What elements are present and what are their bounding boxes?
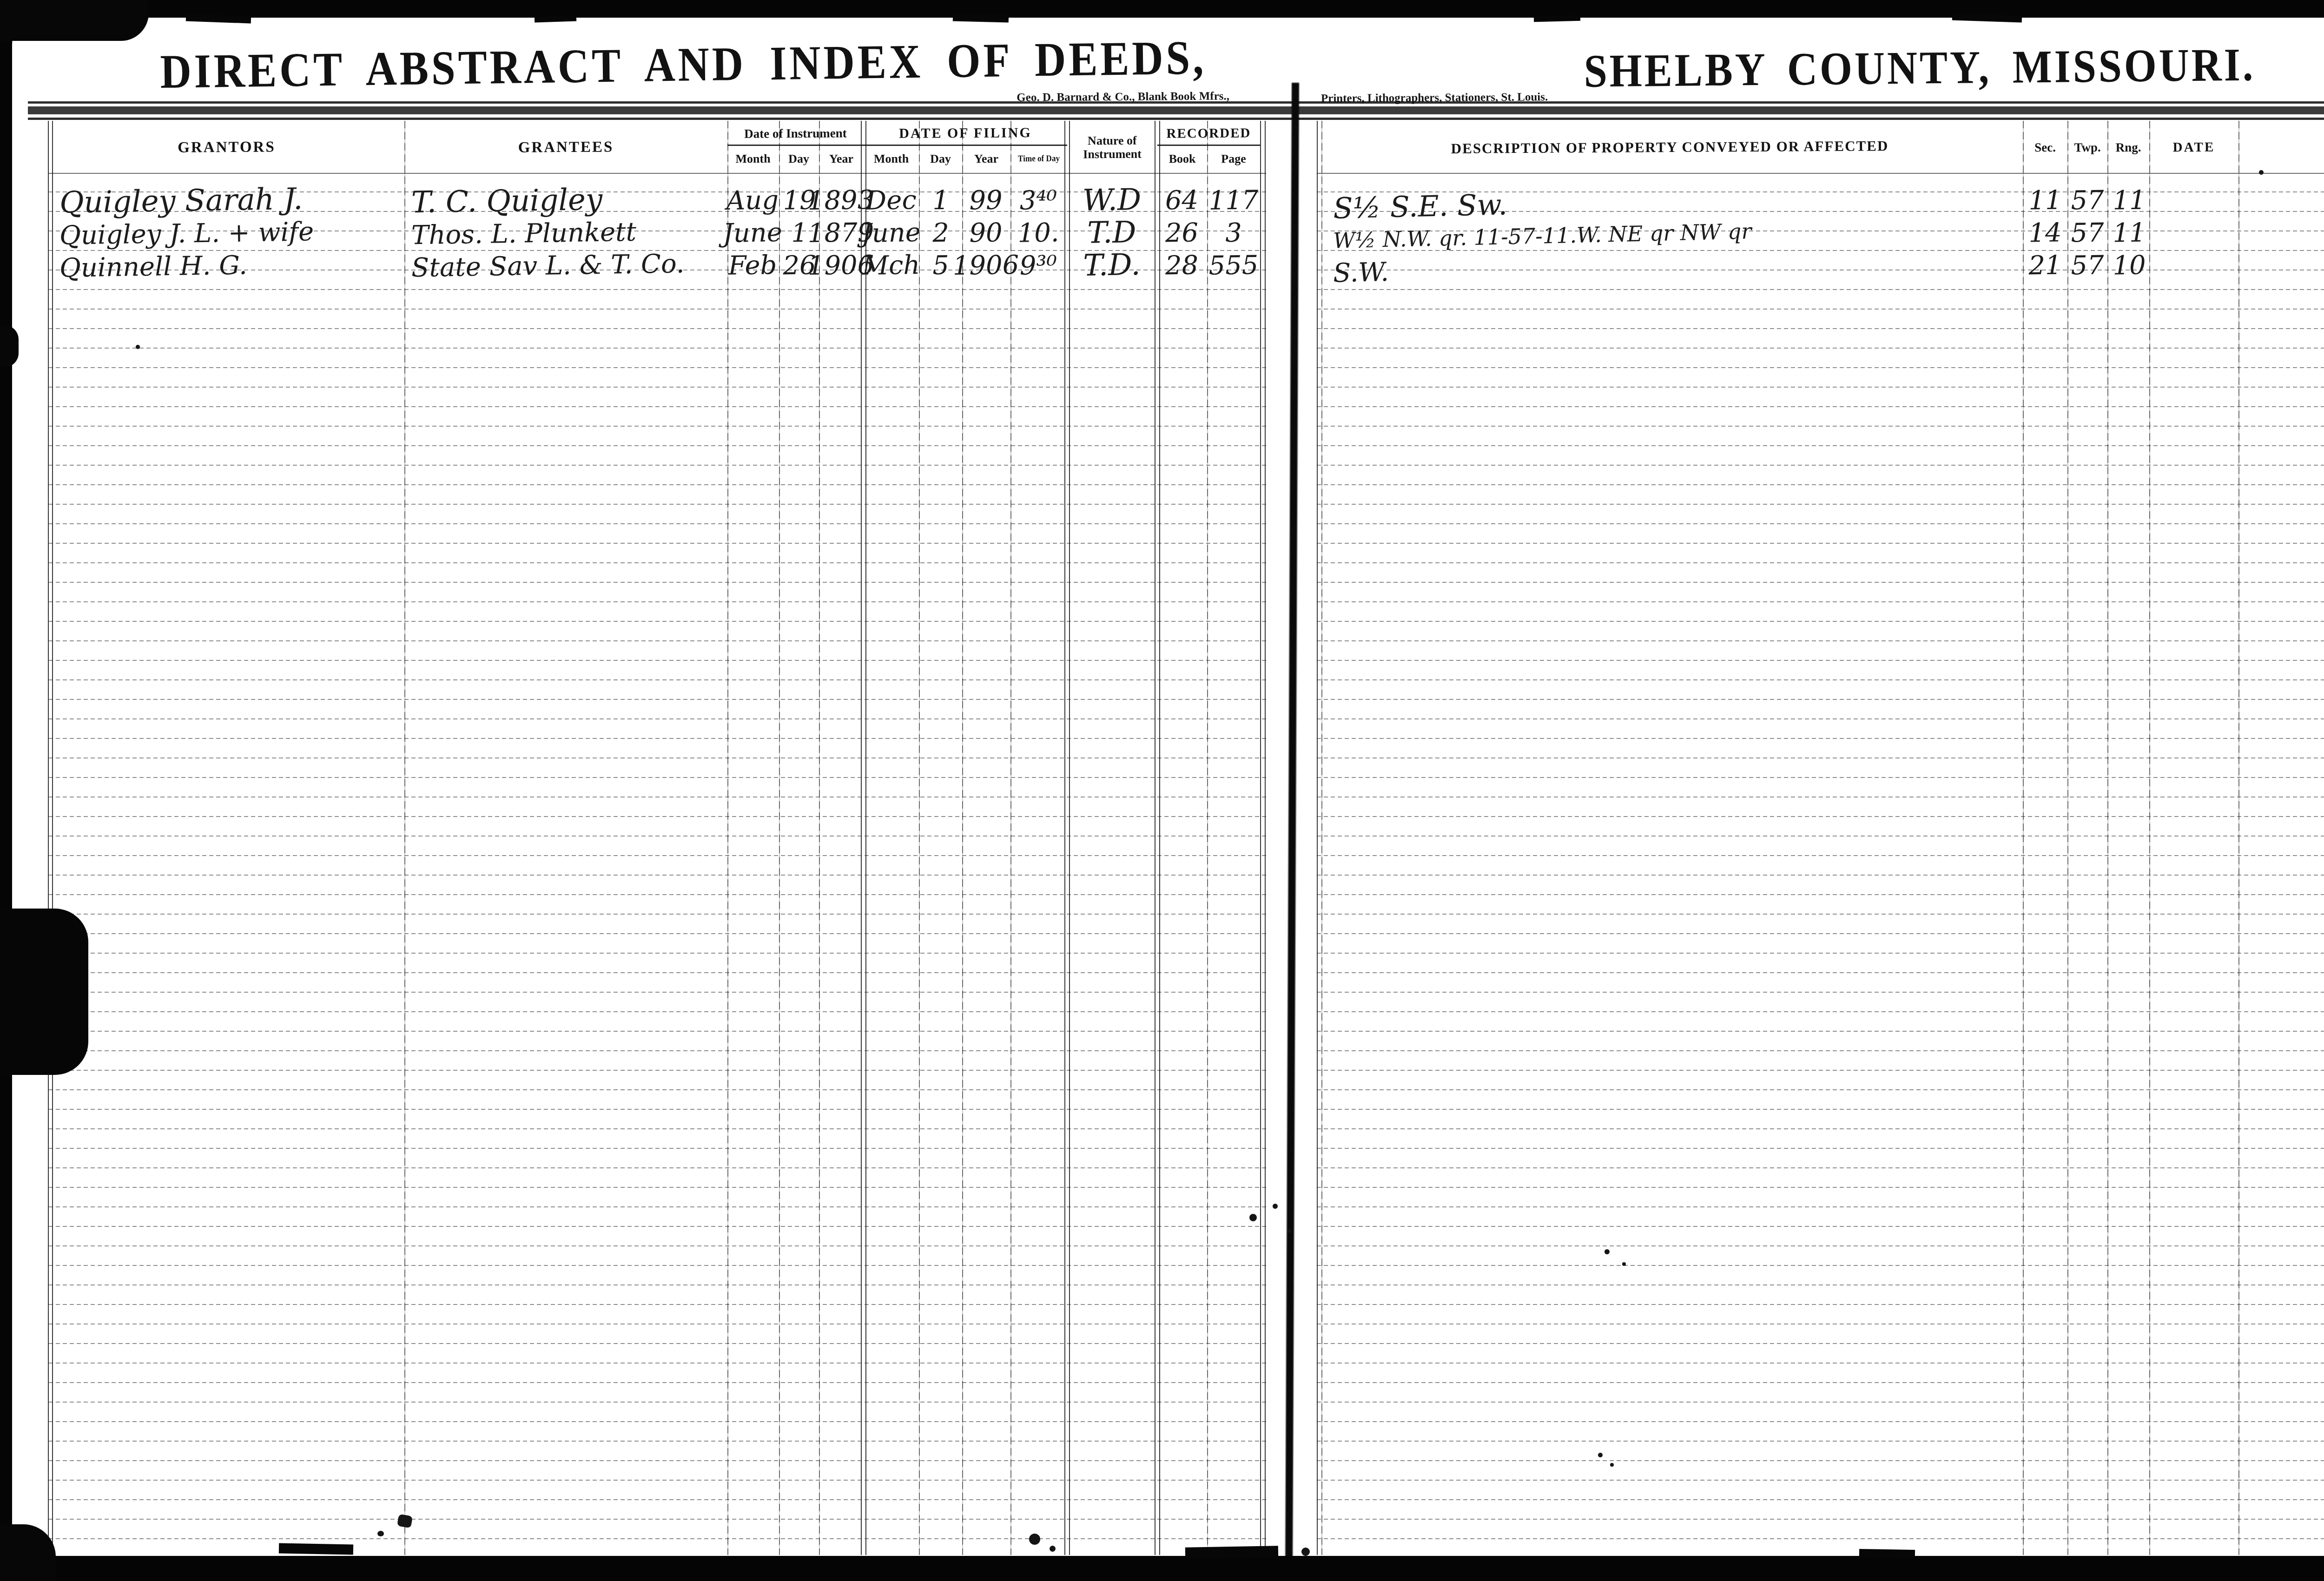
scan-edge-left (0, 0, 12, 1581)
column-line (919, 121, 920, 1555)
col-group-recorded: RECORDED (1157, 121, 1260, 145)
scan-speck (1622, 1262, 1626, 1266)
col-header-filing-day: Day (919, 145, 962, 173)
book-entry: 28 (1156, 244, 1207, 287)
printer-imprint-left: Geo. D. Barnard & Co., Blank Book Mfrs., (885, 90, 1229, 108)
scan-speck (1287, 1229, 1291, 1233)
col-header-rng: Rng. (2107, 122, 2150, 173)
scan-smudge (397, 1514, 413, 1528)
title-rule-thick (28, 106, 2324, 114)
scan-speck (1604, 1249, 1610, 1254)
page-edge-line (1317, 121, 1318, 1555)
column-line (727, 121, 728, 1555)
filing-year-entry: 1906 (961, 244, 1010, 287)
scan-speck (1050, 1546, 1056, 1552)
instrument-month-entry: Feb (725, 244, 780, 287)
col-header-grantees: GRANTEES (404, 121, 728, 174)
scan-speck (1029, 1534, 1040, 1545)
page-entry: 555 (1207, 244, 1260, 287)
filing-time-entry: 9³⁰ (1009, 244, 1067, 287)
col-header-inst-year: Year (819, 145, 864, 173)
col-header-filing-month: Month (864, 145, 919, 173)
filing-month-entry: Mch (862, 244, 919, 287)
scan-tatter (953, 13, 1009, 22)
col-header-time-of-day: Time of Day (1013, 145, 1064, 173)
column-line (2238, 121, 2239, 1555)
page-edge-line (1260, 121, 1261, 1555)
scan-tatter (1534, 15, 1580, 22)
printer-imprint-right: Printers, Lithographers, Stationers, St.… (1321, 90, 1674, 108)
col-group-date-of-filing: DATE OF FILING (864, 121, 1067, 146)
col-header-date: DATE (2149, 121, 2239, 173)
column-line (1069, 121, 1070, 1555)
col-header-grantors: GRANTORS (49, 121, 405, 174)
ledger-scan: DIRECT ABSTRACT AND INDEX OF DEEDS, SHEL… (0, 0, 2324, 1581)
col-header-page: Page (1207, 145, 1260, 173)
col-header-inst-day: Day (779, 145, 819, 173)
scan-corner-top-left (0, 0, 149, 41)
col-header-sec: Sec. (2023, 122, 2068, 173)
group-underline-dates (727, 145, 1067, 146)
column-line (865, 121, 866, 1555)
col-header-filing-year: Year (962, 145, 1010, 173)
scan-tatter (1185, 1546, 1278, 1558)
scan-tatter (0, 325, 19, 367)
page-edge-line (48, 121, 49, 1555)
group-underline-recorded (1157, 145, 1260, 146)
scan-edge-bottom (0, 1556, 2324, 1581)
twp-entry: 57 (2067, 244, 2107, 287)
instrument-year-entry: 1906 (817, 244, 865, 287)
column-line (1155, 121, 1155, 1555)
scan-speck (1301, 1548, 1310, 1556)
nature-entry: T.D. (1068, 244, 1155, 288)
column-line (2067, 121, 2068, 1555)
col-group-date-of-instrument: Date of Instrument (727, 121, 864, 145)
grantor-entry: Quinnell H. G. (59, 241, 406, 290)
scan-speck (2259, 170, 2264, 175)
column-line (1159, 121, 1160, 1555)
column-line (1010, 121, 1011, 1555)
scan-speck (1598, 1453, 1603, 1457)
col-header-nature-of-instrument: Nature of Instrument (1076, 122, 1149, 173)
ruled-lines-right-page (1317, 173, 2324, 1554)
col-header-to-whom-sent: TO WHOM SENT (2238, 121, 2324, 174)
column-line (819, 121, 820, 1555)
sec-entry: 21 (2022, 244, 2067, 287)
scan-tatter (1859, 1549, 1915, 1558)
col-header-twp: Twp. (2067, 122, 2108, 173)
ruled-lines-left-page (49, 173, 1266, 1554)
col-header-description: DESCRIPTION OF PROPERTY CONVEYED OR AFFE… (1317, 119, 2023, 175)
scan-speck (1249, 1214, 1257, 1221)
column-line (2023, 121, 2024, 1555)
column-line (404, 121, 405, 1555)
page-edge-line (52, 121, 53, 1555)
scan-speck (1273, 1204, 1278, 1209)
title-rule-thin (28, 101, 2324, 104)
scan-tatter (279, 1543, 353, 1555)
page-edge-line (1321, 121, 1322, 1555)
scan-speck (136, 345, 140, 349)
book-thumb-tab (0, 909, 88, 1075)
page-title-right: SHELBY COUNTY, MISSOURI. (1627, 34, 2213, 102)
column-line (2107, 121, 2108, 1555)
rng-entry: 10 (2107, 244, 2151, 287)
column-line (1064, 121, 1065, 1555)
scan-speck (1610, 1463, 1614, 1467)
col-header-inst-month: Month (727, 145, 779, 173)
grantee-entry: State Sav L. & T. Co. (411, 242, 727, 290)
ledger-row: Quinnell H. G. State Sav L. & T. Co. Feb… (0, 244, 2324, 287)
description-entry: S.W. (1333, 236, 2021, 295)
col-header-book: Book (1157, 145, 1207, 173)
column-line (1207, 121, 1208, 1555)
scan-speck (377, 1531, 384, 1536)
column-line (962, 121, 963, 1555)
column-line (861, 121, 862, 1555)
column-line (779, 121, 780, 1555)
page-edge-line (1265, 121, 1266, 1555)
column-line (2149, 121, 2150, 1555)
